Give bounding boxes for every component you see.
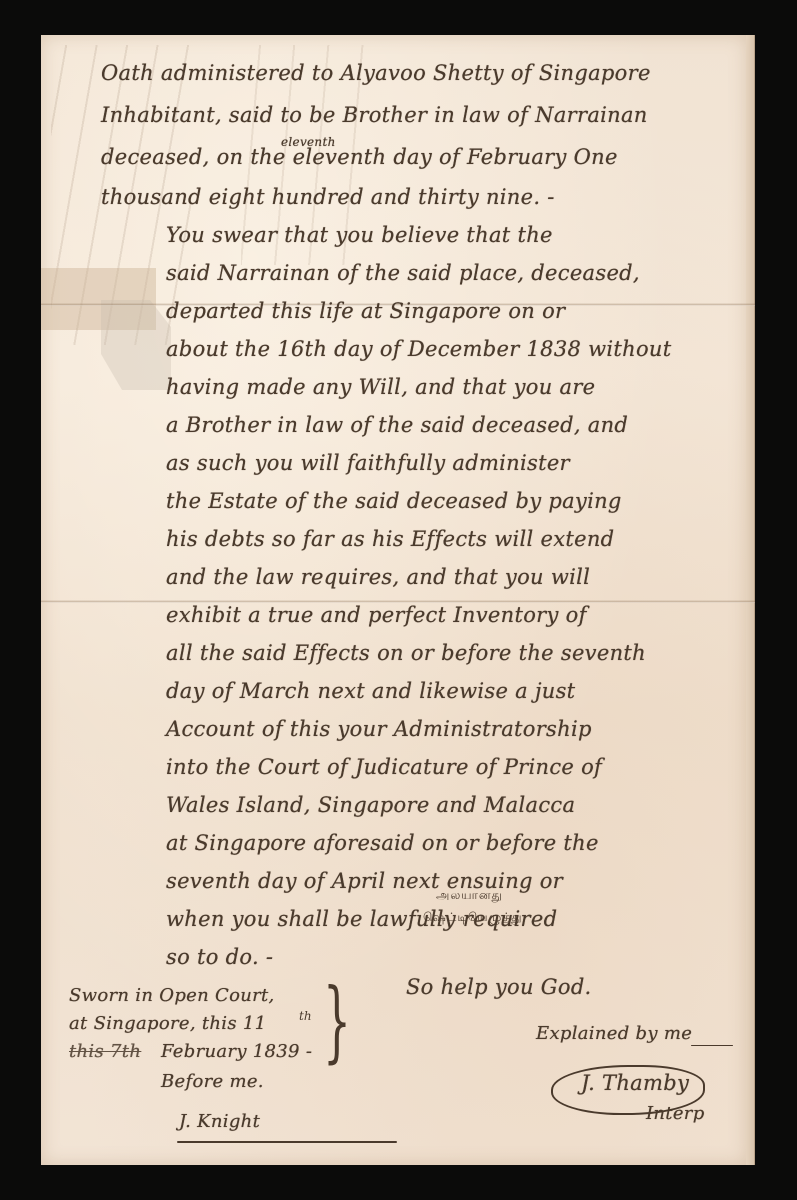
heading-line: Oath administered to Alyavoo Shetty of S… (101, 61, 651, 85)
brace-mark: } (323, 977, 351, 1065)
body-line: a Brother in law of the said deceased, a… (166, 413, 628, 437)
heading-line: deceased, on the eleventh day of Februar… (101, 145, 618, 169)
heading-line: Inhabitant, said to be Brother in law of… (101, 103, 648, 127)
body-line: his debts so far as his Effects will ext… (166, 527, 614, 551)
deponent-signature-line2: ஷெட்டியெழுத்து (423, 910, 523, 926)
flourish-line (691, 1045, 733, 1046)
interpreter-signature: J. Thamby (581, 1071, 689, 1095)
body-line: about the 16th day of December 1838 with… (166, 337, 672, 361)
heading-line: thousand eight hundred and thirty nine. … (101, 185, 555, 209)
body-line: as such you will faithfully administer (166, 451, 570, 475)
document-page: Oath administered to Alyavoo Shetty of S… (41, 35, 747, 1165)
body-line: and the law requires, and that you will (166, 565, 590, 589)
closing-formula: So help you God. (406, 975, 592, 999)
body-line: departed this life at Singapore on or (166, 299, 565, 323)
body-line: said Narrainan of the said place, deceas… (166, 261, 640, 285)
signature-underline (177, 1141, 397, 1143)
body-line: having made any Will, and that you are (166, 375, 595, 399)
body-line: the Estate of the said deceased by payin… (166, 489, 622, 513)
superscript-th: th (299, 1009, 312, 1023)
interpreter-title: Interp (646, 1103, 705, 1124)
struck-text: this 7th (69, 1041, 141, 1062)
body-line: exhibit a true and perfect Inventory of (166, 603, 587, 627)
jurat-line: February 1839 - (161, 1041, 312, 1062)
body-line: day of March next and likewise a just (166, 679, 575, 703)
body-line: so to do. - (166, 945, 273, 969)
judge-signature: J. Knight (179, 1111, 260, 1132)
body-line: into the Court of Judicature of Prince o… (166, 755, 602, 779)
body-line: You swear that you believe that the (166, 223, 553, 247)
jurat-line: at Singapore, this 11 (69, 1013, 266, 1034)
jurat-line: Before me. (161, 1071, 264, 1092)
body-line: seventh day of April next ensuing or (166, 869, 563, 893)
body-line: at Singapore aforesaid on or before the (166, 831, 599, 855)
deponent-signature-line1: அலயானது (436, 888, 503, 904)
explained-by-text: Explained by me (536, 1023, 692, 1044)
body-line: Wales Island, Singapore and Malacca (166, 793, 575, 817)
body-line: all the said Effects on or before the se… (166, 641, 646, 665)
body-line: Account of this your Administratorship (166, 717, 592, 741)
jurat-line: Sworn in Open Court, (69, 985, 275, 1006)
paper-repair-patch (101, 300, 171, 390)
